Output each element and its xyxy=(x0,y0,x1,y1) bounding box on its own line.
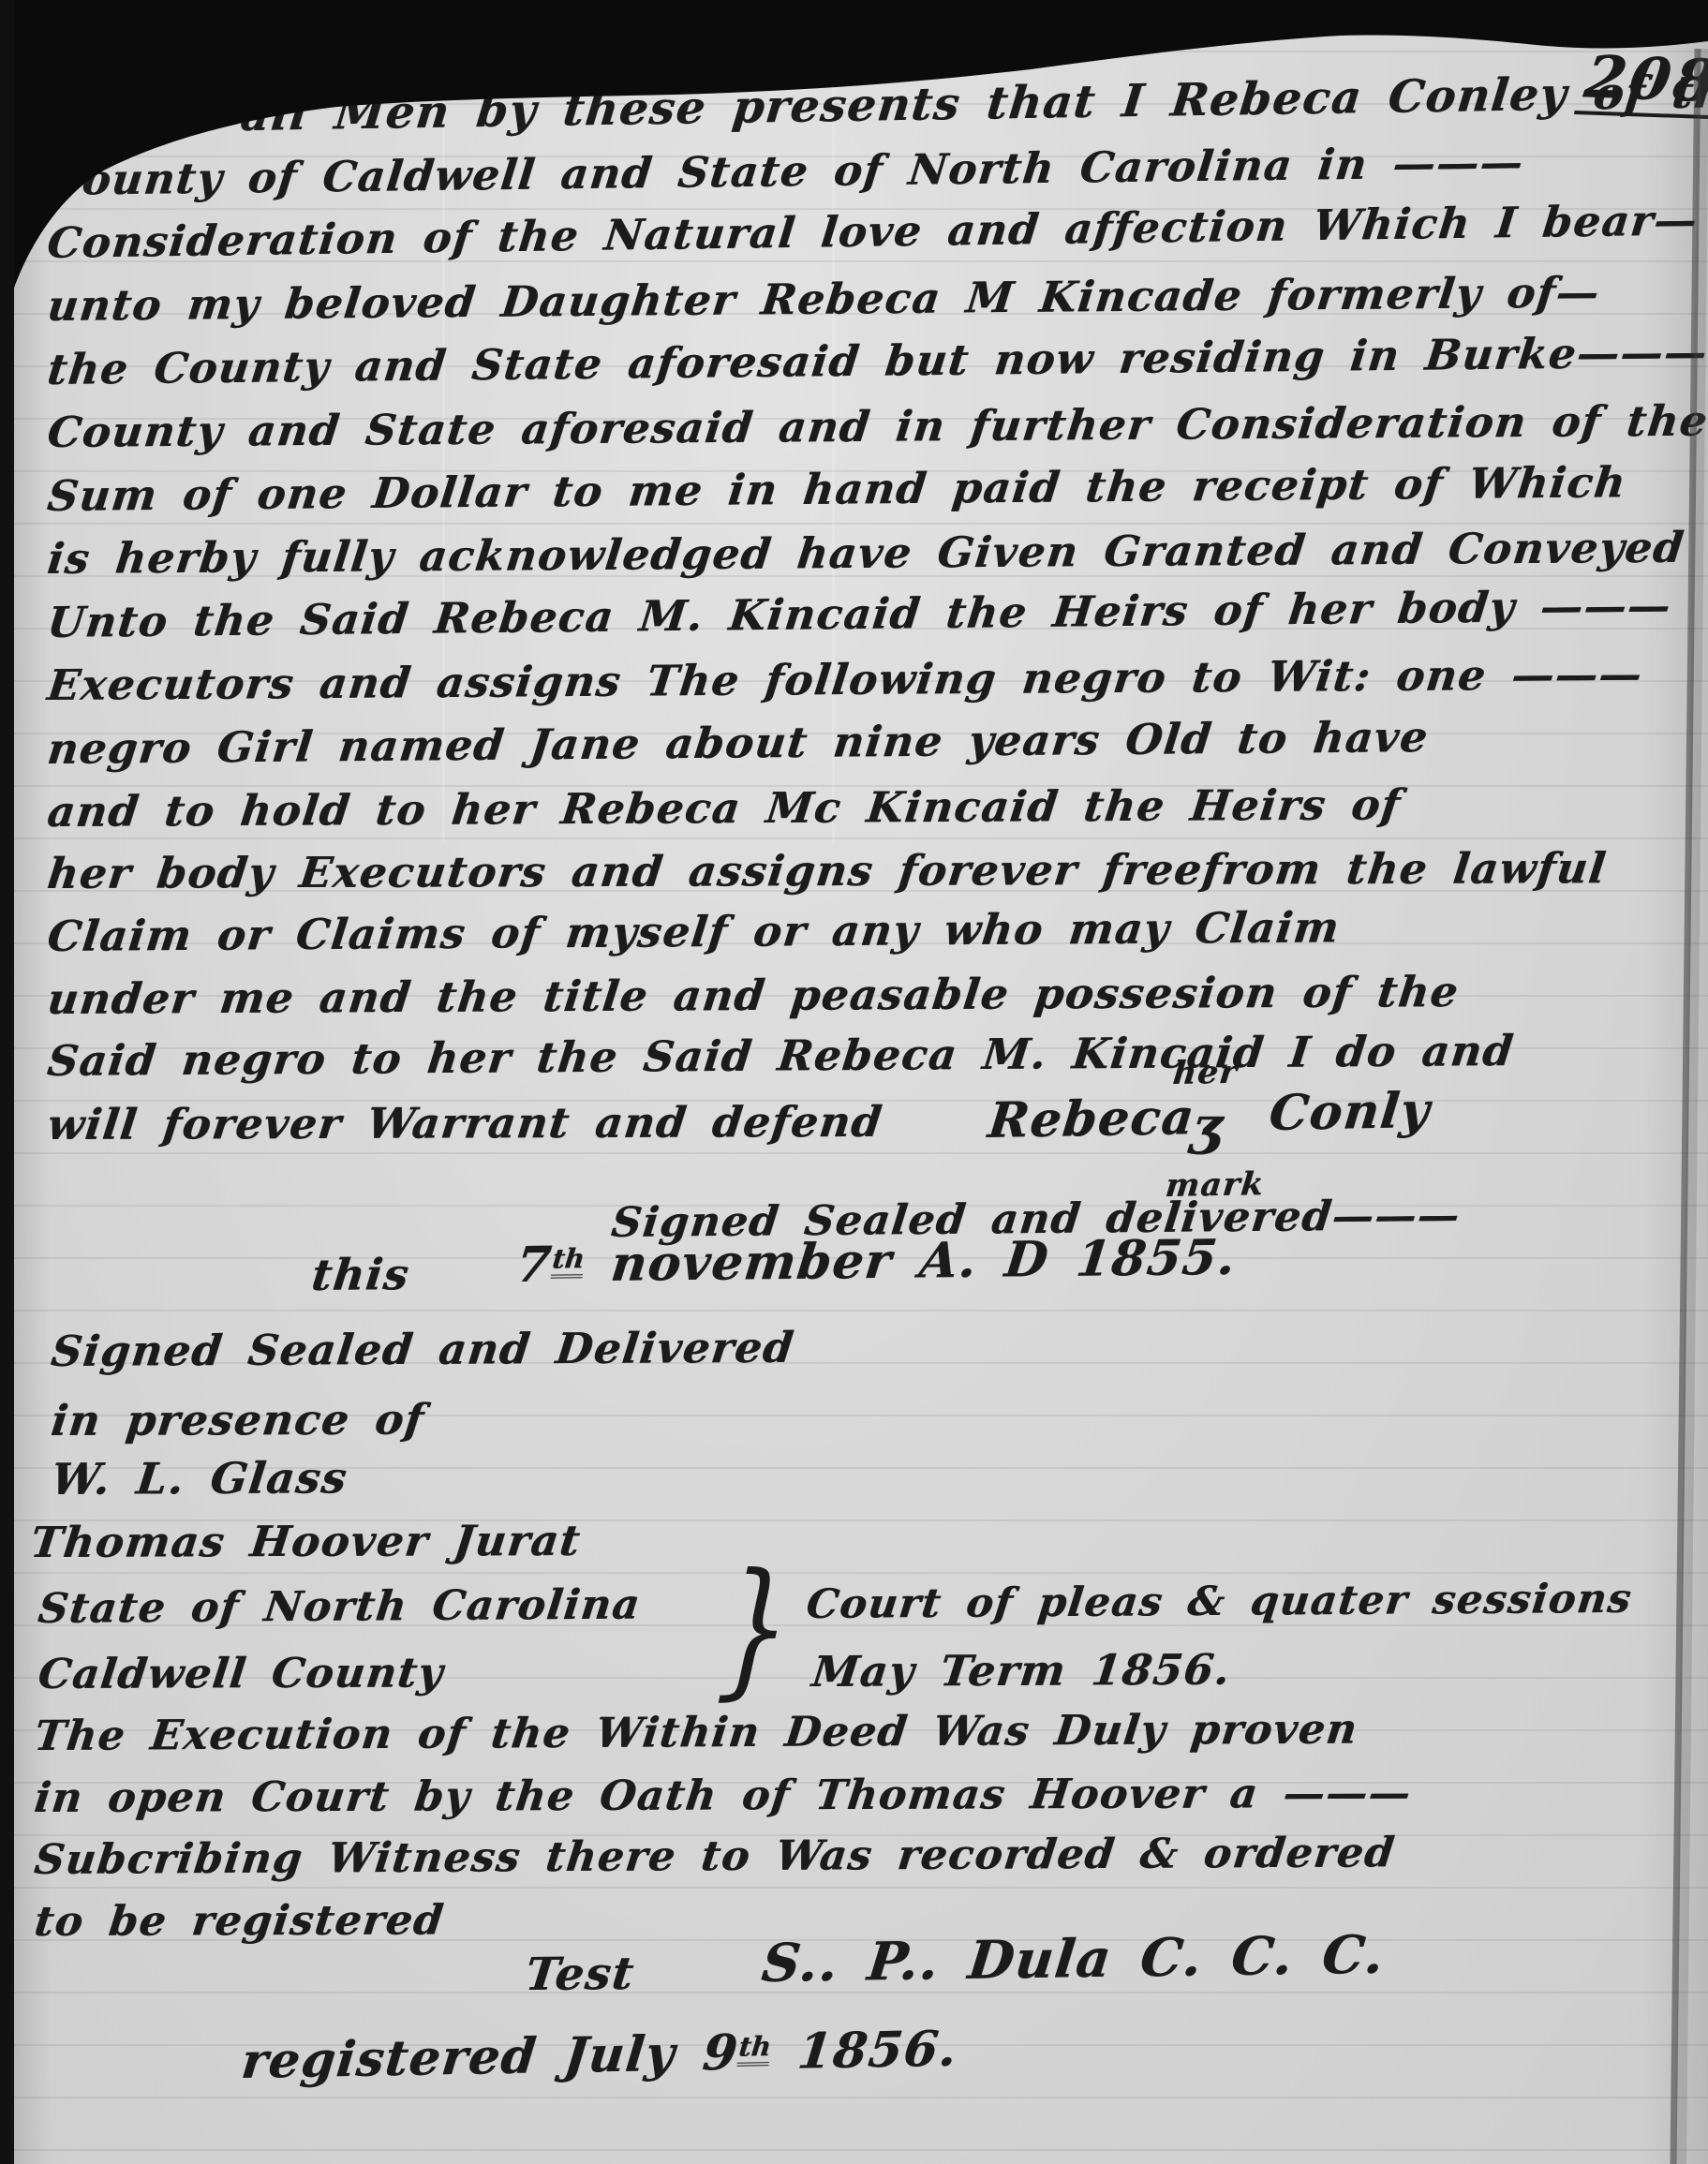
scan-border-top xyxy=(0,0,1708,330)
scan-border xyxy=(0,0,1708,2164)
scan-border-left xyxy=(0,0,14,2164)
deed-record-page-scan: 208 Know all Men by these presents that … xyxy=(0,0,1708,2164)
